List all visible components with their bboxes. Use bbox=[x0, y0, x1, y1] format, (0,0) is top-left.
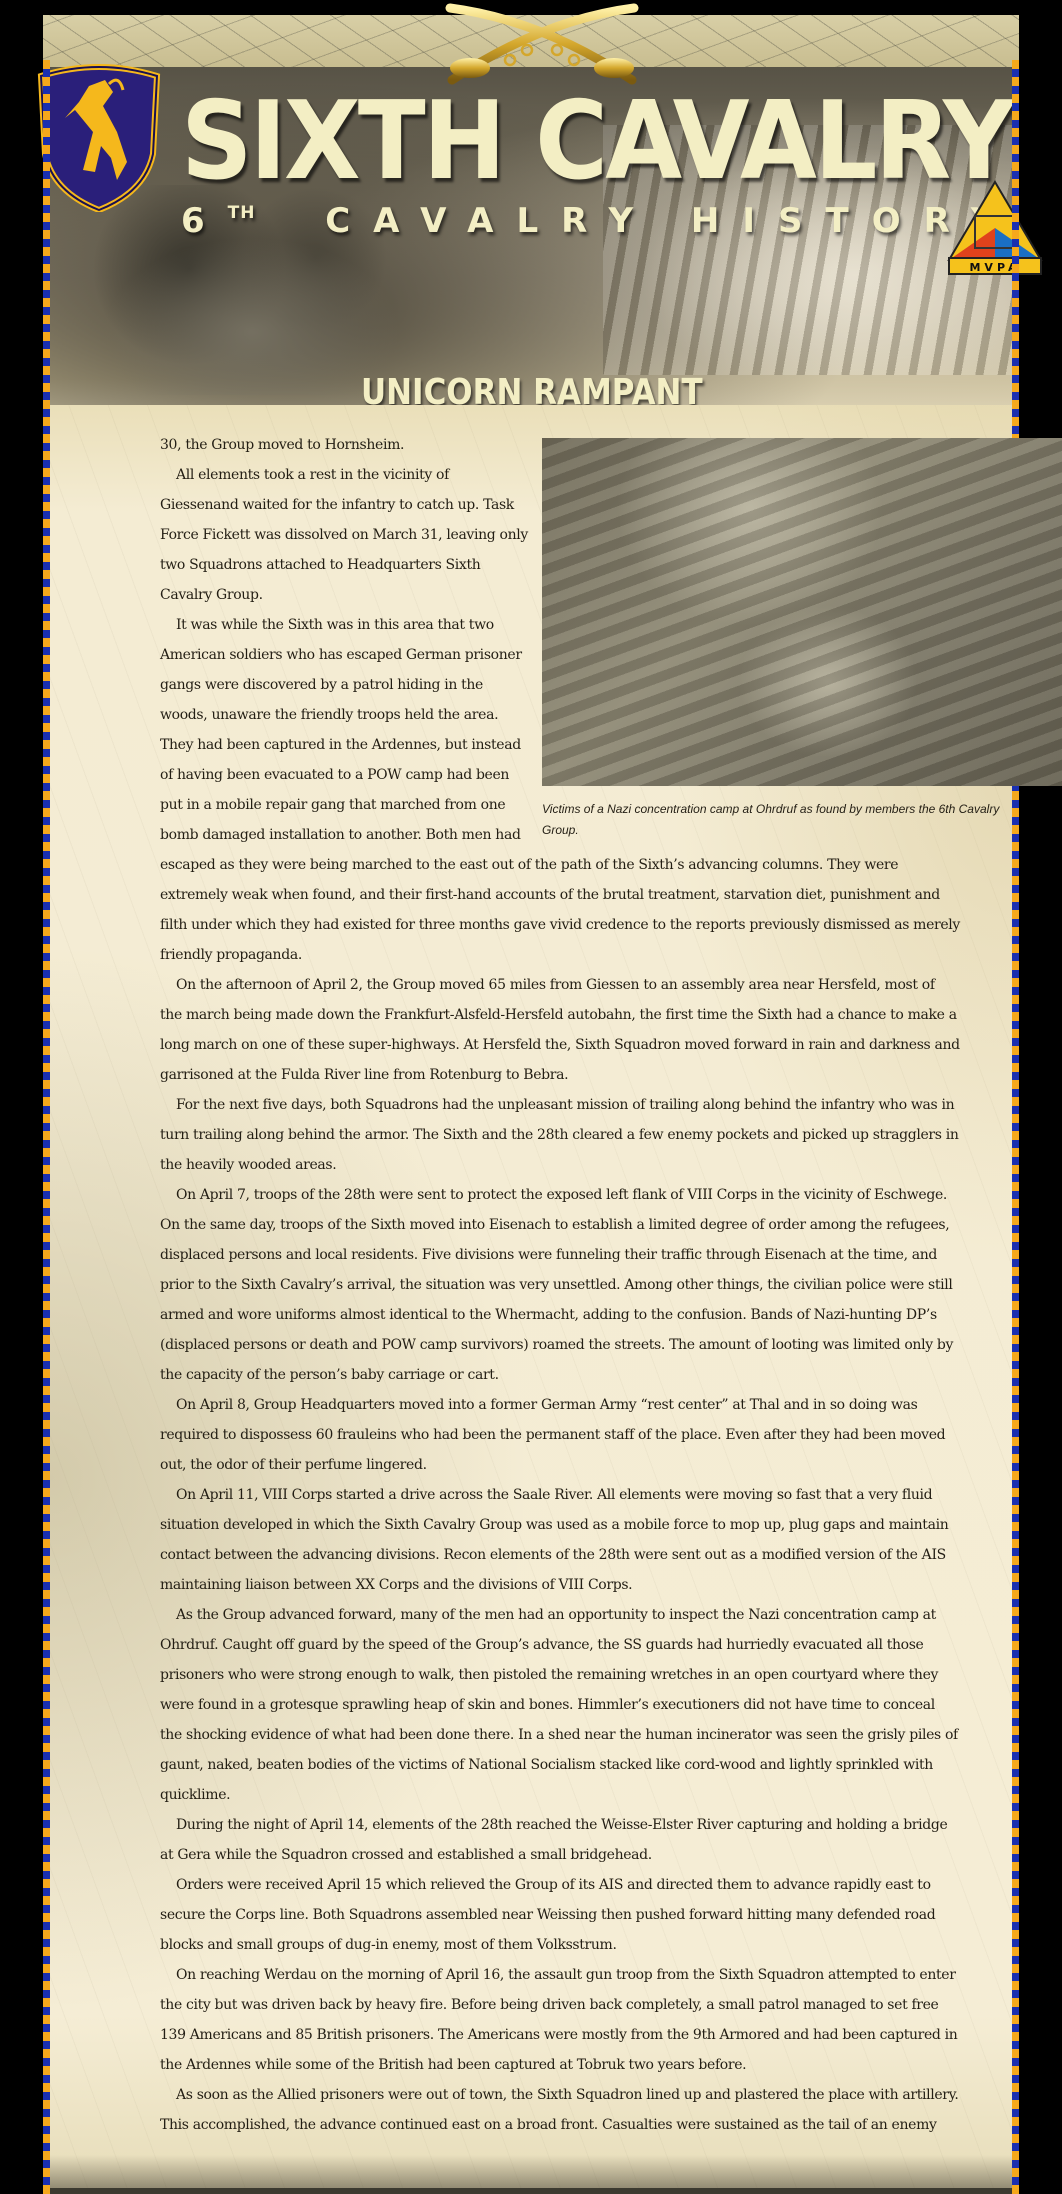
paragraph: On the afternoon of April 2, the Group m… bbox=[160, 970, 960, 1090]
site-subtitle: 6TH CAVALRY HISTORY bbox=[181, 193, 1019, 233]
paragraph: As soon as the Allied prisoners were out… bbox=[160, 2080, 960, 2140]
mvpa-armor-badge-icon: MVPA bbox=[945, 178, 1045, 276]
paragraph: On April 8, Group Headquarters moved int… bbox=[160, 1390, 960, 1480]
paragraph: Orders were received April 15 which reli… bbox=[160, 1870, 960, 1960]
article-body: Victims of a Nazi concentration camp at … bbox=[160, 430, 960, 2140]
page: SIXTH CAVALRY 6TH CAVALRY HISTORY UNICOR… bbox=[43, 0, 1019, 2194]
paragraph: For the next five days, both Squadrons h… bbox=[160, 1090, 960, 1180]
paragraph: During the night of April 14, elements o… bbox=[160, 1810, 960, 1870]
figure-caption: Victims of a Nazi concentration camp at … bbox=[542, 799, 1062, 841]
left-border-stripe bbox=[43, 60, 50, 2194]
concentration-camp-photo bbox=[542, 438, 1062, 786]
subtitle-number: 6 bbox=[181, 201, 228, 241]
paragraph: On reaching Werdau on the morning of Apr… bbox=[160, 1960, 960, 2080]
subtitle-text: CAVALRY HISTORY bbox=[325, 201, 1018, 241]
right-border-stripe bbox=[1012, 60, 1019, 2194]
unicorn-shield-icon bbox=[35, 62, 163, 212]
subtitle-ordinal: TH bbox=[228, 203, 256, 223]
site-title: SIXTH CAVALRY bbox=[181, 87, 954, 197]
crossed-sabers-icon bbox=[432, 0, 652, 90]
bottom-bar bbox=[50, 2188, 1012, 2194]
paragraph: On April 7, troops of the 28th were sent… bbox=[160, 1180, 960, 1390]
paragraph: On April 11, VIII Corps started a drive … bbox=[160, 1480, 960, 1600]
paragraph: As the Group advanced forward, many of t… bbox=[160, 1600, 960, 1810]
figure: Victims of a Nazi concentration camp at … bbox=[542, 438, 1062, 841]
